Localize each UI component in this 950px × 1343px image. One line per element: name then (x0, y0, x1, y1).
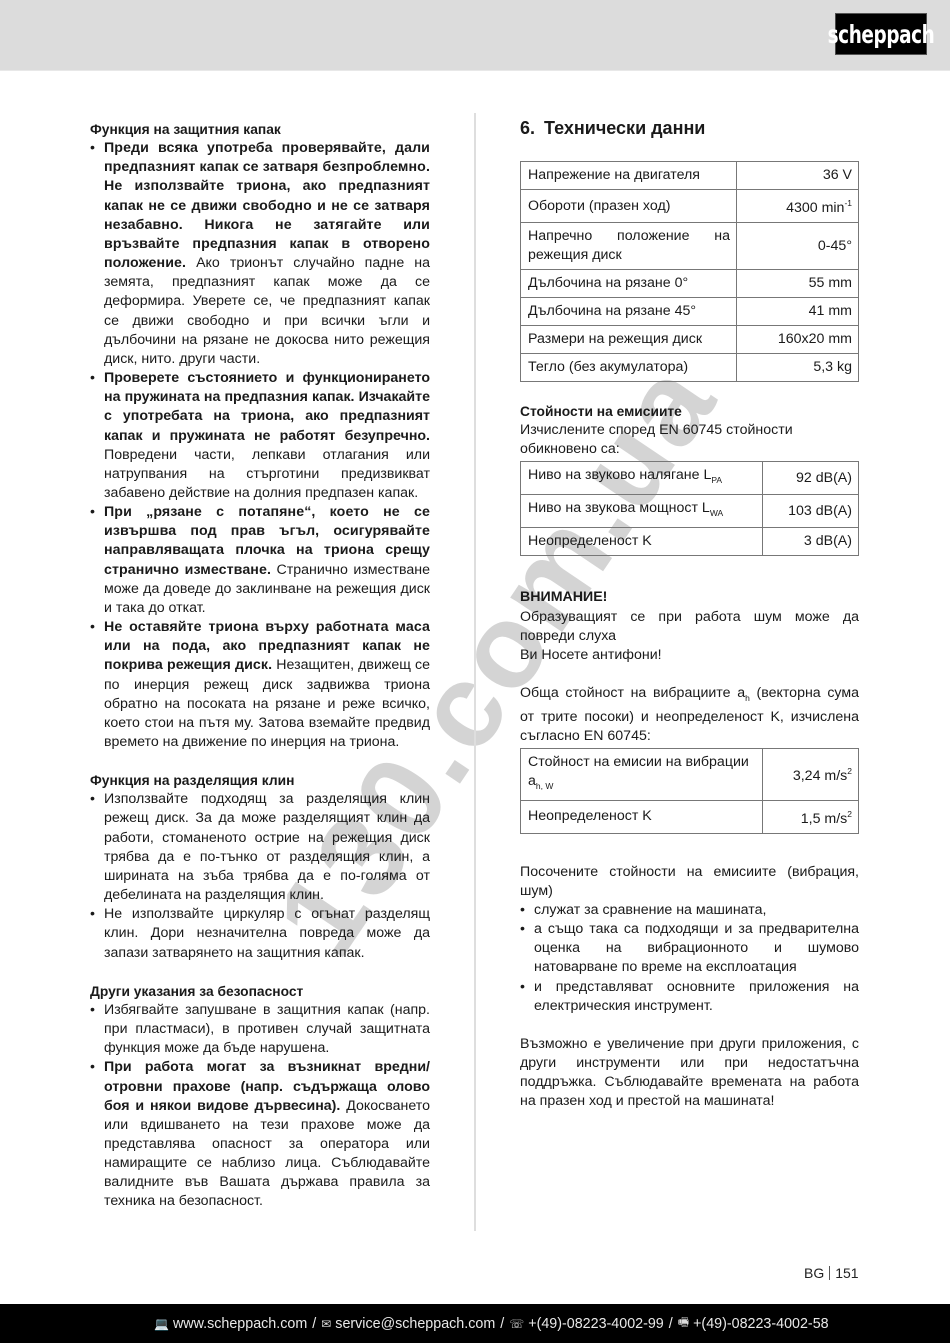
emissions-heading: Стойности на емисиите (520, 402, 859, 421)
header-band (0, 0, 950, 71)
phone-icon: ☏ (509, 1317, 524, 1331)
warning-text: Образуващият се при работа шум може да п… (520, 608, 859, 646)
stated-values-intro: Посочените стойности на емисиите (вибрац… (520, 863, 859, 901)
vibration-value: 1,5 m/s2 (763, 800, 859, 833)
tech-data-table: Напрежение на двигателя36 VОбороти (праз… (520, 161, 859, 382)
guard-list: Преди всяка употреба проверявайте, дали … (90, 139, 430, 752)
table-row: Тегло (без акумулатора)5,3 kg (521, 354, 859, 382)
spec-value: 160x20 mm (737, 326, 859, 354)
table-row: Стойност на емисии на вибрации ah, W3,24… (521, 748, 859, 800)
vibration-label: Неопределеност K (521, 800, 763, 833)
spec-label: Дълбочина на рязане 45° (521, 298, 737, 326)
table-row: Напрежение на двигателя36 V (521, 162, 859, 190)
page-number: BG151 (804, 1265, 859, 1281)
list-item: Не оставяйте триона върху работната маса… (90, 618, 430, 752)
table-row: Дълбочина на рязане 0°55 mm (521, 270, 859, 298)
email-icon: ✉ (321, 1317, 331, 1331)
spec-value: 55 mm (737, 270, 859, 298)
spec-value: 4300 min-1 (737, 190, 859, 223)
superscript: 2 (847, 809, 852, 819)
vibration-table: Стойност на емисии на вибрации ah, W3,24… (520, 748, 859, 834)
brand-name: scheppach (828, 20, 935, 49)
section-heading-riving-knife: Функция на разделящия клин (90, 771, 430, 790)
noise-value: 3 dB(A) (763, 528, 859, 556)
noise-table: Ниво на звуково налягане LPA92 dB(A)Ниво… (520, 461, 859, 556)
spec-value: 36 V (737, 162, 859, 190)
column-divider (474, 113, 476, 1231)
list-item: Не използвайте циркуляр с огънат разделя… (90, 905, 430, 962)
footer-number: +(49)-08223-4002-99 (528, 1316, 664, 1332)
superscript: 2 (847, 766, 852, 776)
section-number: 6. (520, 116, 544, 140)
right-column: 6.Технически данни Напрежение на двигате… (520, 116, 859, 1111)
table-row: Напречно положение на режещия диск0-45° (521, 223, 859, 270)
list-item: Преди всяка употреба проверявайте, дали … (90, 139, 430, 369)
subscript: h, W (536, 781, 553, 791)
stated-values-list: служат за сравнение на машината,а също т… (520, 901, 859, 1016)
riving-knife-list: Използвайте подходящ за разделящия клин … (90, 790, 430, 962)
footer-number: +(49)-08223-4002-58 (693, 1316, 829, 1332)
section-heading-guard: Функция на защитния капак (90, 120, 430, 139)
spec-label: Напречно положение на режещия диск (521, 223, 737, 270)
spec-label: Дълбочина на рязане 0° (521, 270, 737, 298)
list-item: Използвайте подходящ за разделящия клин … (90, 790, 430, 905)
section-title: 6.Технически данни (520, 116, 859, 140)
noise-label: Ниво на звуково налягане LPA (521, 462, 763, 495)
separator: / (669, 1316, 673, 1332)
other-safety-list: Избягвайте запушване в защитния капак (н… (90, 1001, 430, 1212)
vibration-value: 3,24 m/s2 (763, 748, 859, 800)
superscript: -1 (844, 198, 852, 208)
list-item: служат за сравнение на машината, (520, 901, 859, 920)
brand-logo: scheppach (835, 13, 927, 55)
subscript: WA (710, 508, 723, 518)
left-column: Функция на защитния капак Преди всяка уп… (90, 120, 430, 1212)
subscript: PA (711, 475, 722, 485)
vibration-label: Стойност на емисии на вибрации ah, W (521, 748, 763, 800)
footer-contact-bar: 💻www.scheppach.com/✉service@scheppach.co… (0, 1304, 950, 1343)
list-item: Проверете състоянието и функционирането … (90, 369, 430, 503)
table-row: Размери на режещия диск160x20 mm (521, 326, 859, 354)
noise-value: 92 dB(A) (763, 462, 859, 495)
spec-label: Размери на режещия диск (521, 326, 737, 354)
warning-title: ВНИМАНИЕ! (520, 588, 859, 607)
list-item: Избягвайте запушване в защитния капак (н… (90, 1001, 430, 1058)
table-row: Обороти (празен ход)4300 min-1 (521, 190, 859, 223)
spec-label: Напрежение на двигателя (521, 162, 737, 190)
fax-icon: 🖷 (678, 1313, 689, 1334)
closing-paragraph: Възможно е увеличение при други приложен… (520, 1035, 859, 1112)
emissions-intro: Изчислените според EN 60745 стойности об… (520, 421, 859, 459)
list-item: а също така са подходящи и за предварите… (520, 920, 859, 977)
separator: / (312, 1316, 316, 1332)
table-row: Неопределеност K1,5 m/s2 (521, 800, 859, 833)
spec-label: Тегло (без акумулатора) (521, 354, 737, 382)
warning-text-2: Ви Носете антифони! (520, 646, 859, 665)
spec-label: Обороти (празен ход) (521, 190, 737, 223)
vibration-intro: Обща стойност на вибрациите ah (векторна… (520, 684, 859, 746)
page-language: BG (804, 1265, 824, 1281)
table-row: Дълбочина на рязане 45°41 mm (521, 298, 859, 326)
noise-label: Неопределеност K (521, 528, 763, 556)
table-row: Ниво на звукова мощност LWA103 dB(A) (521, 495, 859, 528)
spec-value: 5,3 kg (737, 354, 859, 382)
table-row: Ниво на звуково налягане LPA92 dB(A) (521, 462, 859, 495)
list-item: При „рязане с потапяне“, което не се изв… (90, 503, 430, 618)
table-row: Неопределеност K3 dB(A) (521, 528, 859, 556)
list-item: При работа могат за възникнат вредни/отр… (90, 1058, 430, 1211)
footer-link[interactable]: www.scheppach.com (173, 1316, 307, 1332)
page-number-value: 151 (835, 1265, 858, 1281)
list-item: и представляват основните приложения на … (520, 978, 859, 1016)
section-title-text: Технически данни (544, 118, 705, 138)
separator: / (500, 1316, 504, 1332)
noise-value: 103 dB(A) (763, 495, 859, 528)
spec-value: 41 mm (737, 298, 859, 326)
section-heading-other-safety: Други указания за безопасност (90, 982, 430, 1001)
computer-icon: 💻 (154, 1317, 169, 1331)
noise-label: Ниво на звукова мощност LWA (521, 495, 763, 528)
footer-link[interactable]: service@scheppach.com (335, 1316, 495, 1332)
spec-value: 0-45° (737, 223, 859, 270)
